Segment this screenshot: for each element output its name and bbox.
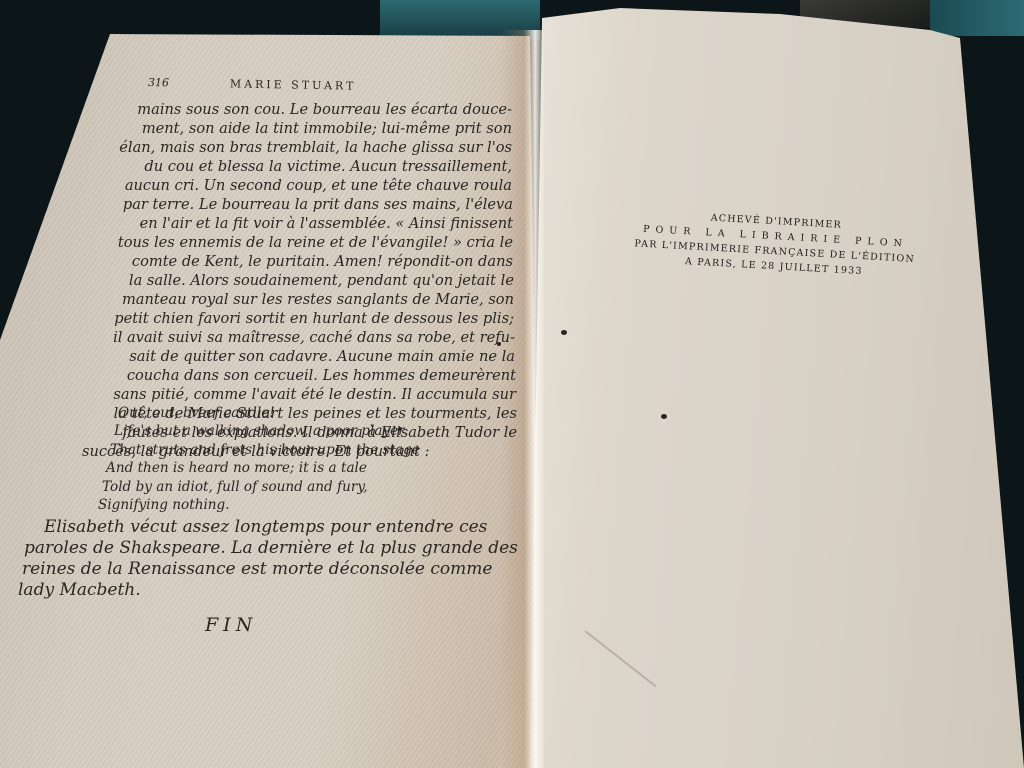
ink-speck xyxy=(497,342,501,346)
prose-line: ment, son aide la tint immobile; lui-mêm… xyxy=(60,119,520,138)
background-teal-object-right xyxy=(930,0,1024,36)
closing-line: lady Macbeth. xyxy=(18,580,488,601)
closing-paragraph: Elisabeth vécut assez longtemps pour ent… xyxy=(18,517,488,601)
running-title: MARIE STUART xyxy=(230,77,357,92)
prose-line: tous les ennemis de la reine et de l'éva… xyxy=(60,233,520,252)
closing-line: paroles de Shakspeare. La dernière et la… xyxy=(18,538,488,559)
prose-line: coucha dans son cercueil. Les hommes dem… xyxy=(60,366,520,385)
poem-line: Told by an idiot, full of sound and fury… xyxy=(94,478,434,496)
poem-line: And then is heard no more; it is a tale xyxy=(94,459,434,477)
ink-speck xyxy=(561,330,567,335)
prose-line: élan, mais son bras tremblait, la hache … xyxy=(60,138,520,157)
poem-line: Life's but a walking shadow, a poor play… xyxy=(94,422,434,440)
prose-line: en l'air et la fit voir à l'assemblée. «… xyxy=(60,214,520,233)
prose-line: sans pitié, comme l'avait été le destin.… xyxy=(60,385,520,404)
ink-speck xyxy=(398,427,402,431)
prose-line: manteau royal sur les restes sanglants d… xyxy=(60,290,520,309)
prose-line: la salle. Alors soudainement, pendant qu… xyxy=(60,271,520,290)
prose-line: il avait suivi sa maîtresse, caché dans … xyxy=(60,328,520,347)
closing-line: Elisabeth vécut assez longtemps pour ent… xyxy=(18,517,488,538)
shakespeare-quote: Out, out, breef candle! Life's but a wal… xyxy=(94,404,434,514)
poem-line: Signifying nothing. xyxy=(94,496,434,514)
poem-line: That struts and frets his hour upon the … xyxy=(94,441,434,459)
prose-line: du cou et blessa la victime. Aucun tress… xyxy=(60,157,520,176)
end-mark: FIN xyxy=(205,614,257,636)
poem-line: Out, out, breef candle! xyxy=(94,404,434,422)
closing-line: reines de la Renaissance est morte décon… xyxy=(18,559,488,580)
page-number: 316 xyxy=(148,76,169,89)
prose-line: mains sous son cou. Le bourreau les écar… xyxy=(60,100,520,119)
prose-line: par terre. Le bourreau la prit dans ses … xyxy=(60,195,520,214)
ink-speck xyxy=(661,414,667,419)
prose-line: aucun cri. Un second coup, et une tête c… xyxy=(60,176,520,195)
prose-line: comte de Kent, le puritain. Amen! répond… xyxy=(60,252,520,271)
prose-line: petit chien favori sortit en hurlant de … xyxy=(60,309,520,328)
right-book-page xyxy=(530,0,1024,768)
prose-line: sait de quitter son cadavre. Aucune main… xyxy=(60,347,520,366)
